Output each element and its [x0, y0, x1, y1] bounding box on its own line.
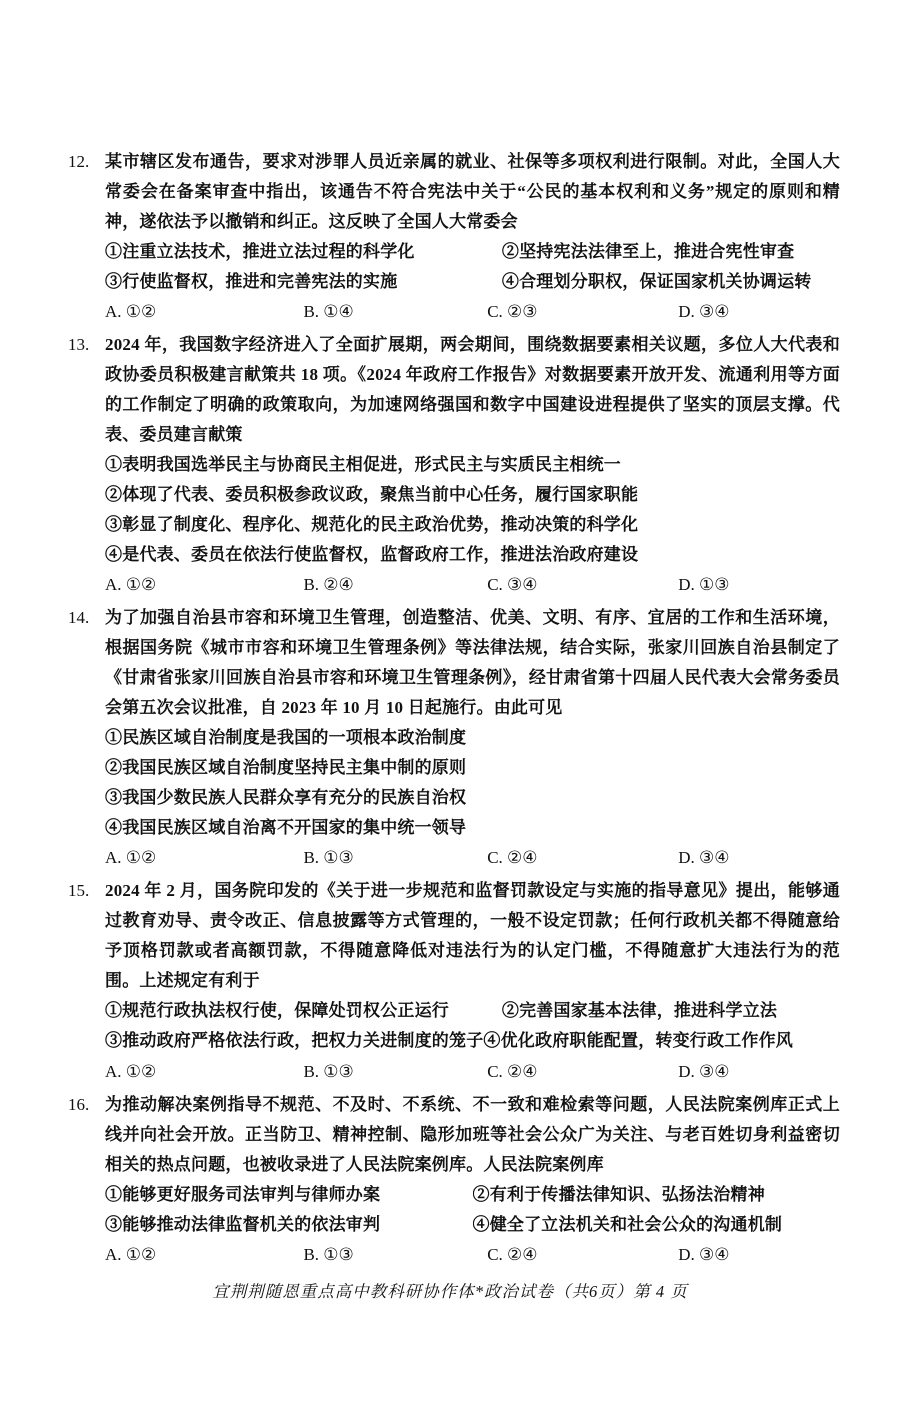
question-14-answer-row: A. ①② B. ①③ C. ②④ D. ③④	[105, 843, 840, 873]
question-13-option-1: ①表明我国选举民主与协商民主相促进，形式民主与实质民主相统一	[105, 450, 840, 480]
question-12-answer-row: A. ①② B. ①④ C. ②③ D. ③④	[105, 297, 840, 327]
question-16-option-2: ②有利于传播法律知识、弘扬法治精神	[473, 1180, 841, 1210]
question-14-option-3: ③我国少数民族人民群众享有充分的民族自治权	[105, 783, 840, 813]
question-15-choice-c: C. ②④	[487, 1057, 678, 1087]
question-12-options: ①注重立法技术，推进立法过程的科学化 ②坚持宪法法律至上，推进合宪性审查 ③行使…	[105, 237, 840, 297]
question-15-option-4: ④优化政府职能配置，转变行政工作作风	[483, 1031, 793, 1050]
question-13-choice-c: C. ③④	[487, 570, 678, 600]
question-14-option-1: ①民族区域自治制度是我国的一项根本政治制度	[105, 723, 840, 753]
question-15-body: 2024 年 2 月，国务院印发的《关于进一步规范和监督罚款设定与实施的指导意见…	[105, 876, 840, 1087]
question-16-option-4: ④健全了立法机关和社会公众的沟通机制	[473, 1210, 841, 1240]
question-12-choice-a: A. ①②	[105, 297, 303, 327]
question-15-option-2: ②完善国家基本法律，推进科学立法	[502, 996, 840, 1026]
question-14-choice-d: D. ③④	[678, 843, 840, 873]
question-16-stem: 为推动解决案例指导不规范、不及时、不系统、不一致和难检索等问题，人民法院案例库正…	[105, 1090, 840, 1180]
question-12-number: 12.	[68, 147, 105, 177]
question-13-option-3: ③彰显了制度化、程序化、规范化的民主政治优势，推动决策的科学化	[105, 510, 840, 540]
page-footer: 宜荆荆随恩重点高中教科研协作体*政治试卷（共6页）第 4 页	[0, 1279, 900, 1305]
question-13-stem: 2024 年，我国数字经济进入了全面扩展期，两会期间，围绕数据要素相关议题，多位…	[105, 330, 840, 450]
question-13-options: ①表明我国选举民主与协商民主相促进，形式民主与实质民主相统一 ②体现了代表、委员…	[105, 450, 840, 570]
question-13-choice-d: D. ①③	[678, 570, 840, 600]
question-15-choice-a: A. ①②	[105, 1057, 303, 1087]
question-13-body: 2024 年，我国数字经济进入了全面扩展期，两会期间，围绕数据要素相关议题，多位…	[105, 330, 840, 600]
question-16-options: ①能够更好服务司法审判与律师办案 ②有利于传播法律知识、弘扬法治精神 ③能够推动…	[105, 1180, 840, 1240]
question-12-choice-d: D. ③④	[678, 297, 840, 327]
question-15-stem: 2024 年 2 月，国务院印发的《关于进一步规范和监督罚款设定与实施的指导意见…	[105, 876, 840, 996]
question-15-option-1: ①规范行政执法权行使，保障处罚权公正运行	[105, 996, 502, 1026]
question-16-number: 16.	[68, 1090, 105, 1120]
question-14-option-2: ②我国民族区域自治制度坚持民主集中制的原则	[105, 753, 840, 783]
question-13-choice-b: B. ②④	[303, 570, 487, 600]
question-15-options-row-1: ①规范行政执法权行使，保障处罚权公正运行 ②完善国家基本法律，推进科学立法	[105, 996, 840, 1026]
question-14-choice-a: A. ①②	[105, 843, 303, 873]
question-12-option-3: ③行使监督权，推进和完善宪法的实施	[105, 267, 502, 297]
question-12-option-4: ④合理划分职权，保证国家机关协调运转	[502, 267, 840, 297]
exam-content: 12. 某市辖区发布通告，要求对涉罪人员近亲属的就业、社保等多项权利进行限制。对…	[0, 0, 900, 1270]
question-14-choice-c: C. ②④	[487, 843, 678, 873]
question-12-stem: 某市辖区发布通告，要求对涉罪人员近亲属的就业、社保等多项权利进行限制。对此，全国…	[105, 147, 840, 237]
question-15-number: 15.	[68, 876, 105, 906]
question-15: 15. 2024 年 2 月，国务院印发的《关于进一步规范和监督罚款设定与实施的…	[68, 876, 840, 1087]
question-12: 12. 某市辖区发布通告，要求对涉罪人员近亲属的就业、社保等多项权利进行限制。对…	[68, 147, 840, 327]
question-15-options-row-2: ③推动政府严格依法行政，把权力关进制度的笼子④优化政府职能配置，转变行政工作作风	[105, 1026, 840, 1057]
question-14-body: 为了加强自治县市容和环境卫生管理，创造整洁、优美、文明、有序、宜居的工作和生活环…	[105, 603, 840, 873]
question-15-choice-b: B. ①③	[303, 1057, 487, 1087]
exam-page: 12. 某市辖区发布通告，要求对涉罪人员近亲属的就业、社保等多项权利进行限制。对…	[0, 0, 900, 1413]
question-14-option-4: ④我国民族区域自治离不开国家的集中统一领导	[105, 813, 840, 843]
question-16-option-1: ①能够更好服务司法审判与律师办案	[105, 1180, 473, 1210]
question-15-choice-d: D. ③④	[678, 1057, 840, 1087]
question-13-option-2: ②体现了代表、委员积极参政议政，聚焦当前中心任务，履行国家职能	[105, 480, 840, 510]
question-13-option-4: ④是代表、委员在依法行使监督权，监督政府工作，推进法治政府建设	[105, 540, 840, 570]
question-14-number: 14.	[68, 603, 105, 633]
question-12-choice-b: B. ①④	[303, 297, 487, 327]
question-16: 16. 为推动解决案例指导不规范、不及时、不系统、不一致和难检索等问题，人民法院…	[68, 1090, 840, 1270]
question-16-choice-d: D. ③④	[678, 1240, 840, 1270]
question-16-choice-a: A. ①②	[105, 1240, 303, 1270]
question-15-answer-row: A. ①② B. ①③ C. ②④ D. ③④	[105, 1057, 840, 1087]
question-16-option-3: ③能够推动法律监督机关的依法审判	[105, 1210, 473, 1240]
question-16-answer-row: A. ①② B. ①③ C. ②④ D. ③④	[105, 1240, 840, 1270]
question-13-number: 13.	[68, 330, 105, 360]
question-14-stem: 为了加强自治县市容和环境卫生管理，创造整洁、优美、文明、有序、宜居的工作和生活环…	[105, 603, 840, 723]
question-13-choice-a: A. ①②	[105, 570, 303, 600]
question-16-choice-b: B. ①③	[303, 1240, 487, 1270]
question-14-choice-b: B. ①③	[303, 843, 487, 873]
question-12-option-2: ②坚持宪法法律至上，推进合宪性审查	[502, 237, 840, 267]
question-14: 14. 为了加强自治县市容和环境卫生管理，创造整洁、优美、文明、有序、宜居的工作…	[68, 603, 840, 873]
question-16-choice-c: C. ②④	[487, 1240, 678, 1270]
question-13-answer-row: A. ①② B. ②④ C. ③④ D. ①③	[105, 570, 840, 600]
question-12-option-1: ①注重立法技术，推进立法过程的科学化	[105, 237, 502, 267]
question-16-body: 为推动解决案例指导不规范、不及时、不系统、不一致和难检索等问题，人民法院案例库正…	[105, 1090, 840, 1270]
question-13: 13. 2024 年，我国数字经济进入了全面扩展期，两会期间，围绕数据要素相关议…	[68, 330, 840, 600]
question-12-choice-c: C. ②③	[487, 297, 678, 327]
question-12-body: 某市辖区发布通告，要求对涉罪人员近亲属的就业、社保等多项权利进行限制。对此，全国…	[105, 147, 840, 327]
question-15-option-3: ③推动政府严格依法行政，把权力关进制度的笼子	[105, 1031, 483, 1050]
question-14-options: ①民族区域自治制度是我国的一项根本政治制度 ②我国民族区域自治制度坚持民主集中制…	[105, 723, 840, 843]
